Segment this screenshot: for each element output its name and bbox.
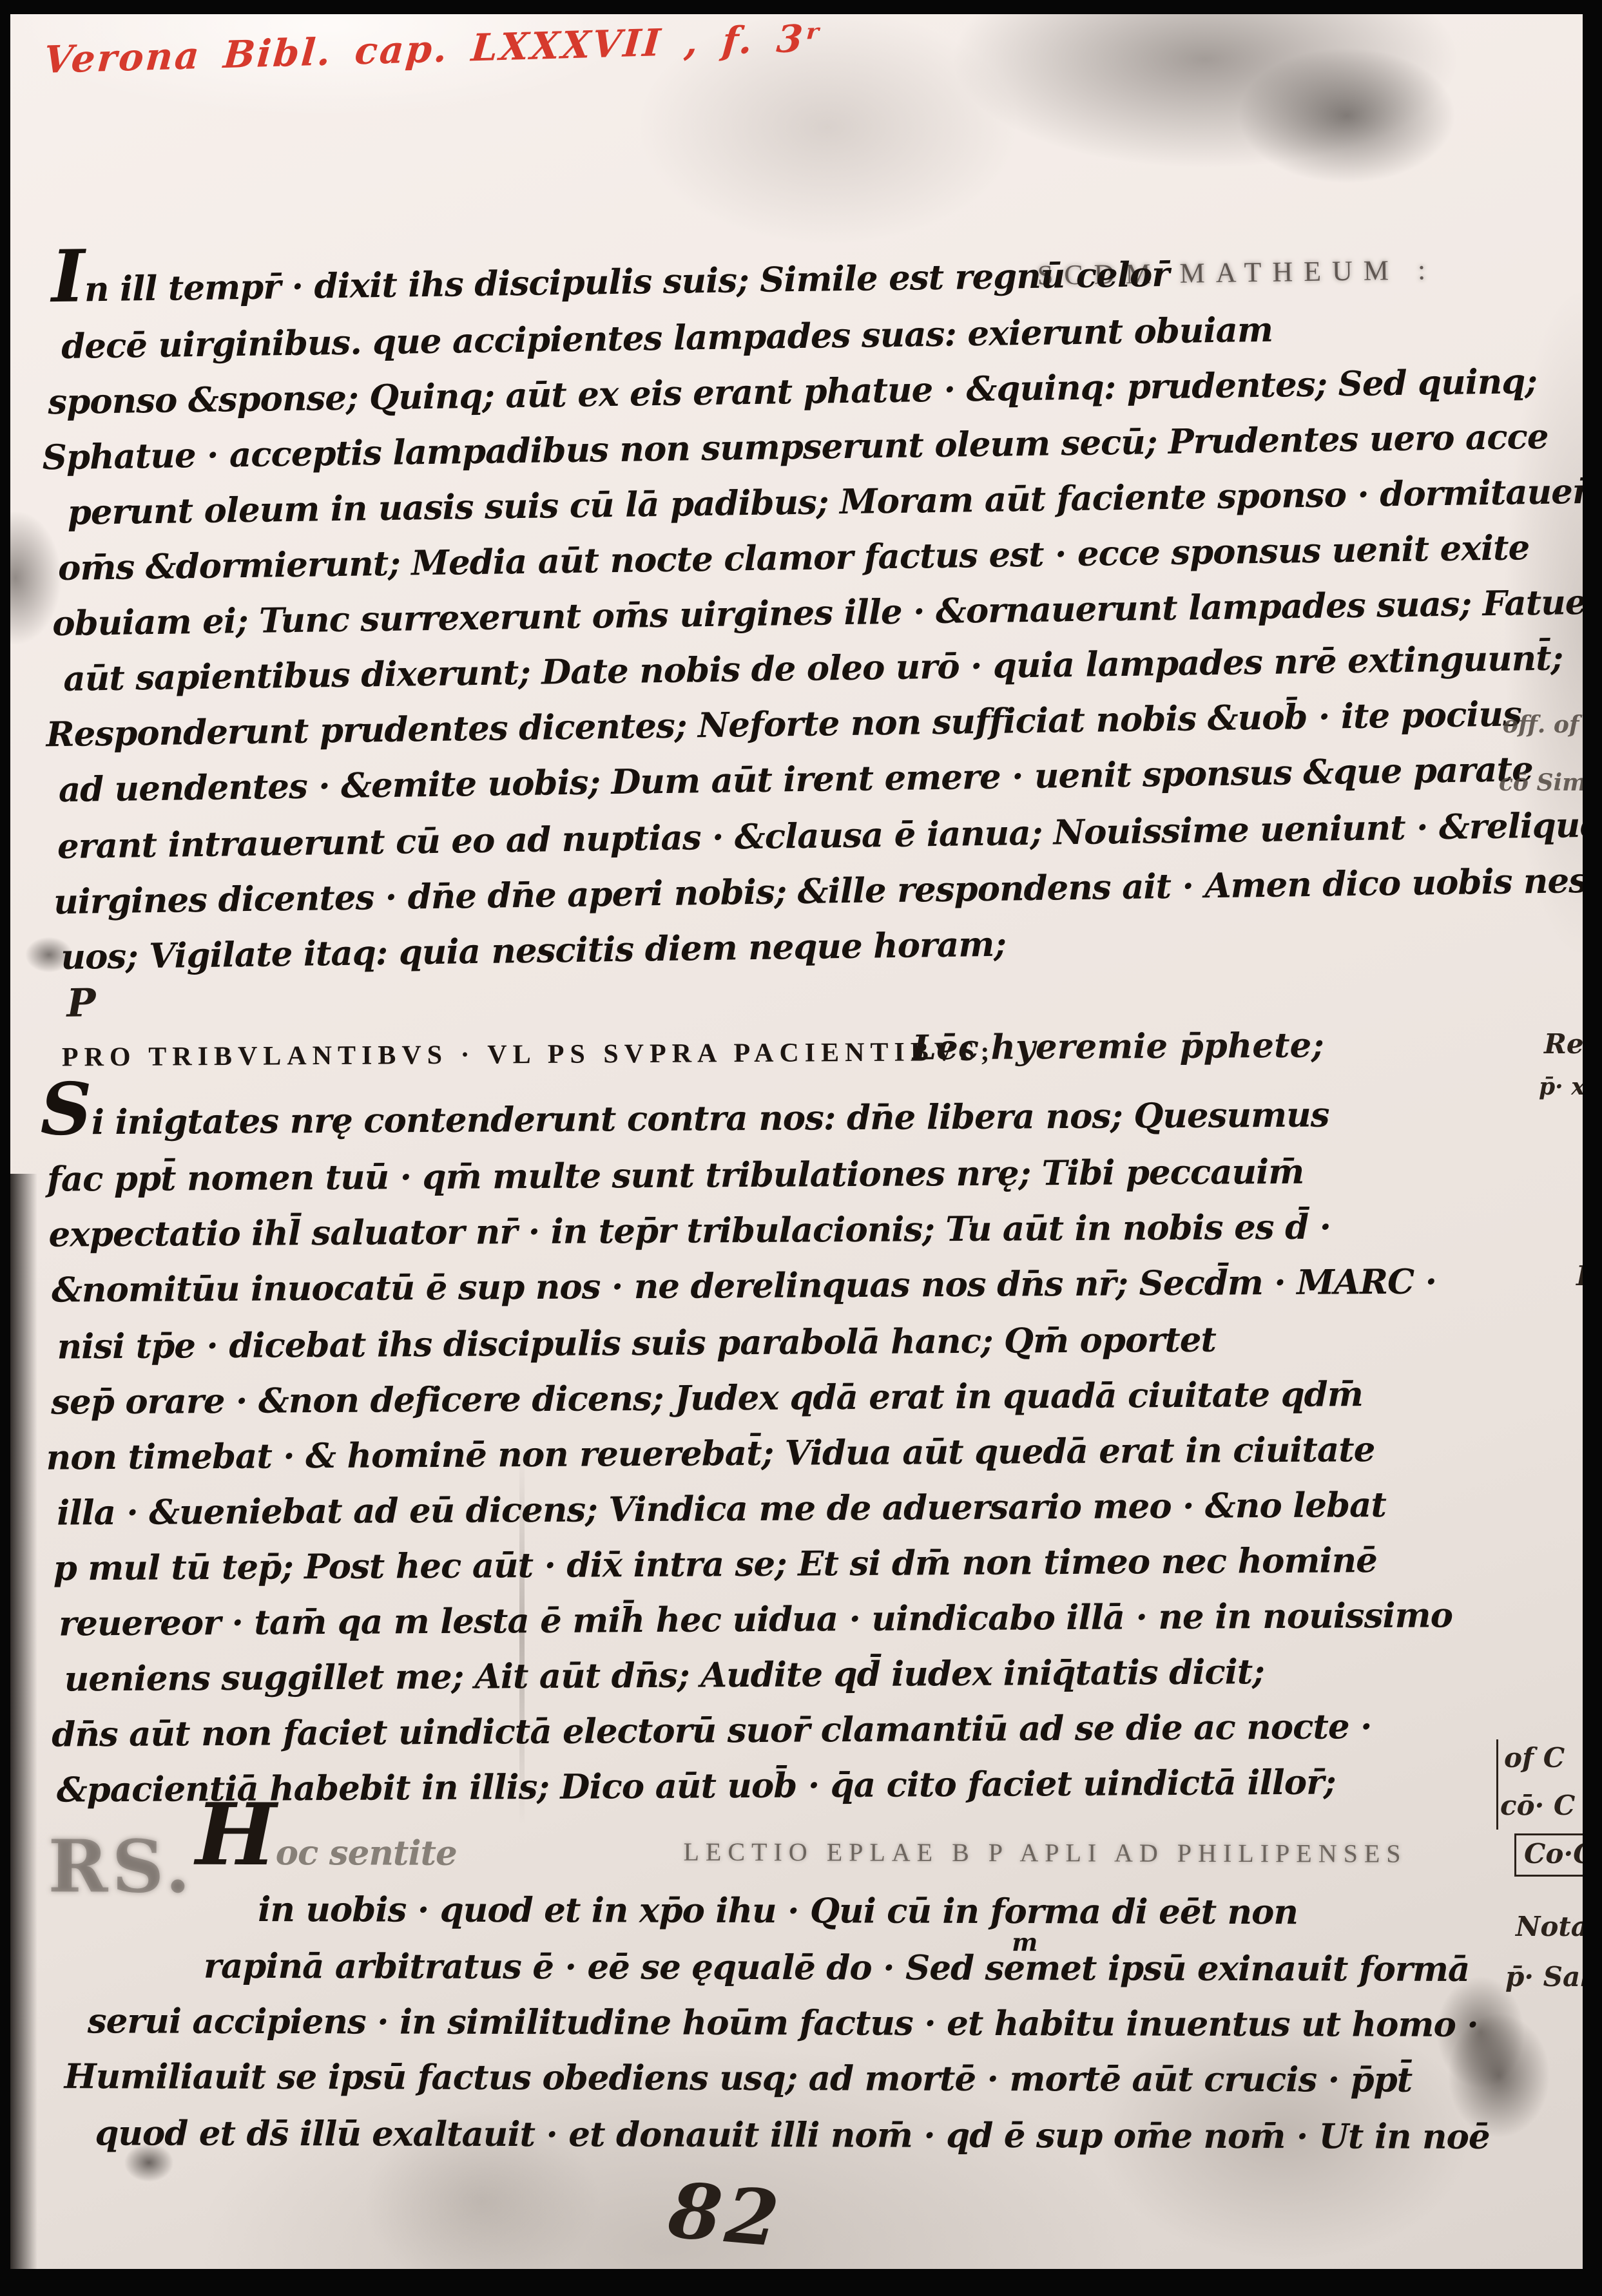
margin-note: off. of [1503,711,1579,738]
text-line: in uobis · quod et in xp̄o ihu · Qui cū … [258,1889,1298,1932]
text-line: perunt oleum in uasis suis cū lā padibus… [67,472,1583,533]
mass-heading-caps: PRO TRIBVLANTIBVS · VL PS SVPRA PACIENTI… [62,1037,996,1073]
text-line: ad uendentes · &emite uobis; Dum aūt ire… [58,749,1533,810]
text-line: Sphatue · acceptis lampadibus non sumpse… [42,417,1549,478]
text-line: uirgines dicentes · dn̄e dn̄e aperi nobi… [53,860,1583,922]
manuscript-page: Verona Bibl. cap. LXXXVII , f. 3ʳ SCDM M… [10,14,1583,2269]
margin-note: E [1576,1260,1583,1292]
margin-note: Nota [1516,1911,1583,1942]
page-number: 82 [665,2165,786,2264]
text-line: Humiliauit se ipsū factus obediens usq; … [64,2056,1413,2100]
text-line: Responderunt prudentes dicentes; Neforte… [46,694,1521,754]
guide-letter: P [66,981,96,1026]
margin-note: of C [1504,1742,1565,1774]
text-line: Si inigtates nrę contenderunt contra nos… [40,1095,1329,1143]
manuscript-photo: Verona Bibl. cap. LXXXVII , f. 3ʳ SCDM M… [0,0,1602,2296]
text-line: dn̄s aūt non faciet uindictā electorū su… [52,1707,1372,1755]
margin-note: p̄· x [1539,1073,1583,1100]
text-line: aūt sapientibus dixerunt; Date nobis de … [63,638,1563,698]
margin-note: Re [1544,1028,1583,1060]
text-line: non timebat · & hominē non reuerebat̄; V… [46,1430,1375,1478]
interlinear-gloss: m [1012,1928,1037,1956]
text-line: om̄s &dormierunt; Media aūt nocte clamor… [58,528,1530,588]
text-line: fac ppt̄ nomen tuū · qm̄ multe sunt trib… [47,1152,1304,1200]
text-line: quod et ds̄ illū exaltauit · et donauit … [95,2113,1489,2157]
text-line: erant intrauerunt cū eo ad nuptias · &cl… [57,805,1583,866]
lection-heading: Lēc hyeremie p̄phete; [912,1026,1324,1068]
margin-ghost-letters: RS. [48,1824,194,1909]
text-line: sponso &sponse; Quinq; aūt ex eis erant … [48,361,1537,422]
text-line: p mul tū tep̄; Post hec aūt · dix̄ intra… [53,1540,1377,1589]
margin-note: cō Sim [1499,769,1583,796]
margin-note-boxed: Co·C [1514,1833,1583,1877]
text-line: expectatio ihl̄ saluator nr̄ · in tep̄r … [48,1207,1331,1255]
text-line: nisi tp̄e · dicebat ihs discipulis suis … [57,1320,1216,1367]
text-line: obuiam ei; Tunc surrexerunt om̄s uirgine… [52,582,1583,644]
epistle-rubric: LECTIO EPLAE B P APLI AD PHILIPENSES [683,1837,1407,1869]
text-line: sep̄ orare · &non deficere dicens; Judex… [51,1374,1363,1422]
text-line: decē uirginibus. que accipientes lampade… [61,310,1273,367]
text-line: reuereor · tam̄ qa m lesta ē mih̄ hec ui… [59,1595,1452,1643]
library-annotation: Verona Bibl. cap. LXXXVII , f. 3ʳ [43,16,824,82]
margin-note: p̄· Sal [1505,1961,1583,1993]
binding-shadow [10,1174,37,2269]
epistle-incipit: Hoc sentite [195,1833,456,1873]
text-line: rapinā arbitratus ē · eē se ęqualē do · … [204,1946,1469,1989]
text-line: In ill tempr̄ · dixit ihs discipulis sui… [52,254,1170,310]
margin-note: cō· C [1500,1790,1575,1821]
text-line: serui accipiens · in similitudine hoūm f… [88,2001,1478,2045]
text-line: ueniens suggillet me; Ait aūt dn̄s; Audi… [64,1652,1264,1699]
margin-bracket [1496,1739,1498,1830]
text-line: &nomitūu inuocatū ē sup nos · ne derelin… [52,1262,1436,1310]
text-line: illa · &ueniebat ad eū dicens; Vindica m… [57,1485,1386,1533]
text-line: uos; Vigilate itaq: quia nescitis diem n… [61,924,1006,977]
